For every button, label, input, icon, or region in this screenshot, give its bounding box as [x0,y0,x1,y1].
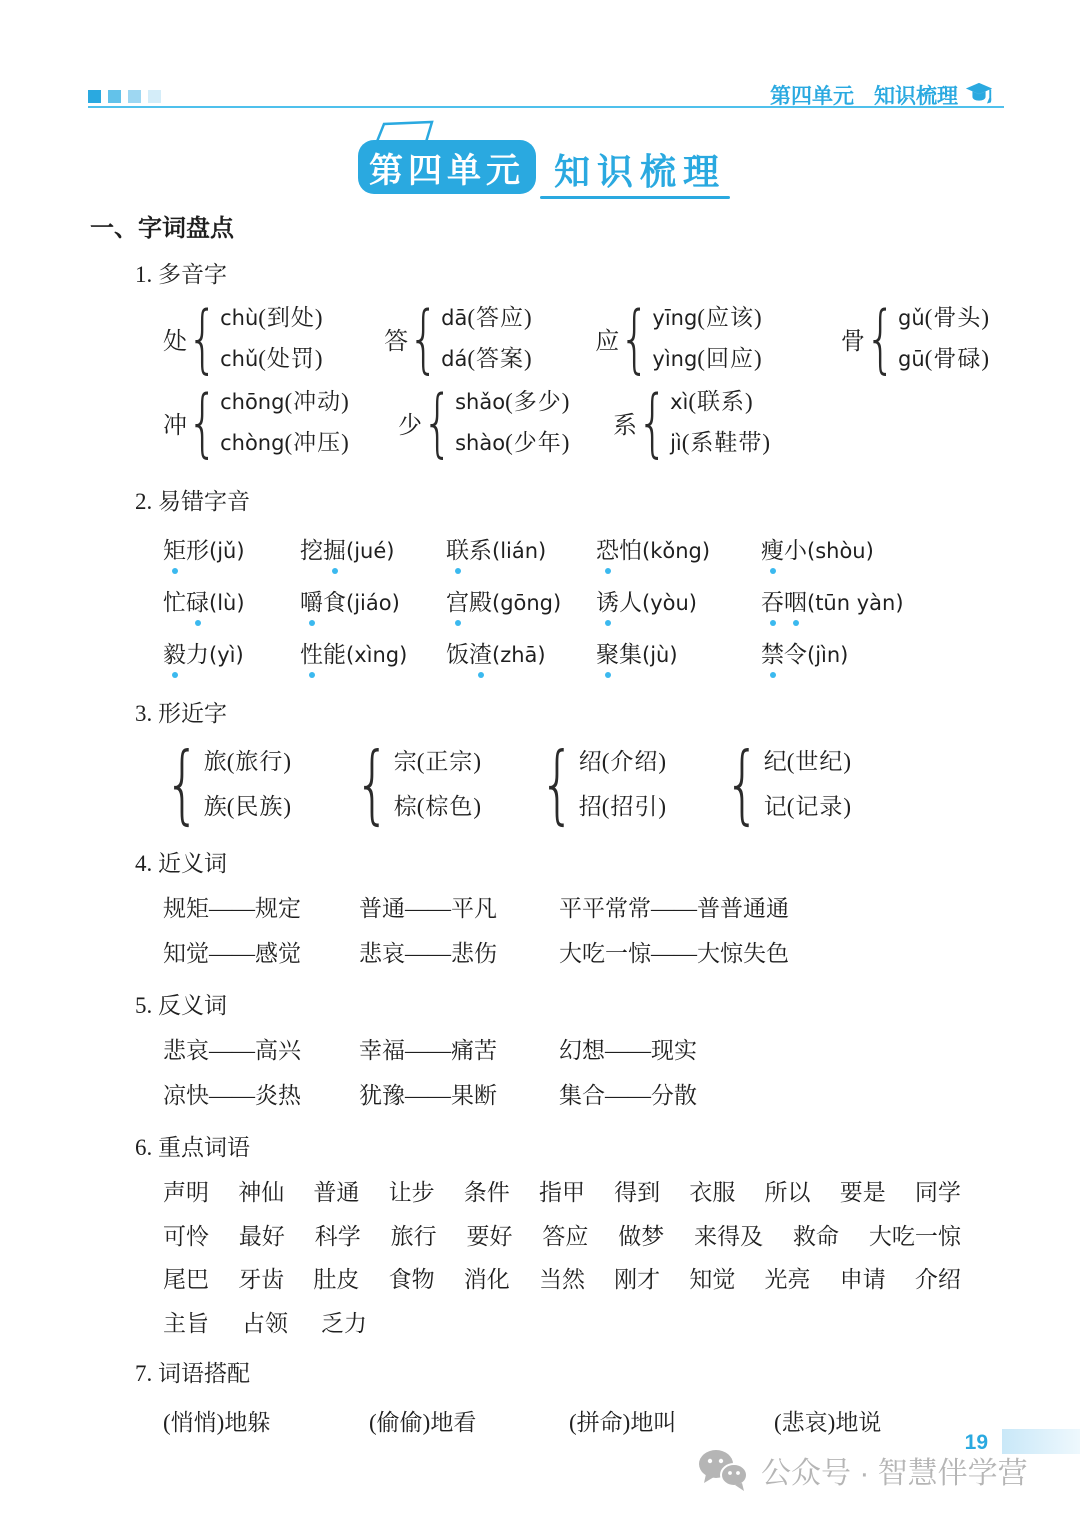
error-prone-block: 矩形(jǔ)挖掘(jué)联系(lián)恐怕(kǒng)瘦小(shòu)忙碌(… [90,532,990,669]
character: 恐 [596,532,619,565]
key-word: 旅行 [391,1222,437,1252]
character: 族 [204,794,227,819]
character: 小 [784,532,807,565]
key-word: 答应 [542,1222,588,1252]
head-character: 应 [595,321,619,356]
character: 招 [579,794,602,819]
similar-form-entry: 宗(正宗) [394,749,482,774]
error-prone-word: 性能(xìng) [300,636,446,669]
example-word: (系鞋带) [682,430,771,455]
example-word: (处罚) [258,346,323,371]
pinyin: chù [220,306,258,330]
error-prone-word: 忙碌(lù) [163,584,300,617]
subsection-title-key-words: 6. 重点词语 [135,1129,990,1162]
pronunciation-list: yīng(应该)yìng(回应) [652,305,762,373]
similar-form-list: 旅(旅行)族(民族) [204,749,292,820]
key-word: 牙齿 [238,1265,284,1295]
key-word: 做梦 [618,1222,664,1252]
pronunciation-list: shǎo(多少)shào(少年) [455,389,570,457]
synonym-pair: 悲哀——悲伤 [359,939,559,969]
error-prone-word: 诱人(yòu) [596,584,761,617]
example-word: (少年) [505,430,570,455]
error-prone-word: 吞咽(tūn yàn) [761,584,904,617]
pinyin: xì [670,390,688,414]
key-word: 来得及 [694,1222,763,1252]
pronunciation-entry: shào(少年) [455,430,570,456]
character: 毅 [163,636,186,669]
polyphonic-group: 应{yīng(应该)yìng(回应) [595,305,841,373]
pronunciation-entry: xì(联系) [670,389,771,415]
section-title-word-inventory: 一、字词盘点 [90,208,990,243]
running-head-topic: 知识梳理 [874,80,958,110]
key-word: 知觉 [689,1265,735,1295]
character: 聚 [596,636,619,669]
key-word: 让步 [389,1178,435,1208]
pinyin: (shòu) [807,539,874,563]
pronunciation-entry: chǔ(处罚) [220,346,324,372]
pronunciation-entry: gū(骨碌) [898,346,990,372]
watermark-text: 公众号 · 智慧伴学营 [761,1448,1028,1492]
error-prone-row: 矩形(jǔ)挖掘(jué)联系(lián)恐怕(kǒng)瘦小(shòu) [163,532,990,565]
brace-glyph: { [725,746,761,823]
error-prone-word: 恐怕(kǒng) [596,532,761,565]
pinyin: chǔ [220,347,258,371]
brace-glyph: { [620,306,651,373]
pronunciation-list: gǔ(骨头)gū(骨碌) [898,305,990,373]
header-squares-decoration [88,90,161,103]
example-word: (冲动) [284,389,349,414]
character: 碌 [186,584,209,617]
antonym-pair: 悲哀——高兴 [163,1036,359,1066]
error-prone-word: 毅力(yì) [163,636,300,669]
error-prone-word: 矩形(jǔ) [163,532,300,565]
key-words-row: 可怜最好科学旅行要好答应做梦来得及救命大吃一惊 [163,1222,961,1252]
subsection-title-polyphonic: 1. 多音字 [135,256,990,289]
similar-form-entry: 族(民族) [204,794,292,819]
error-prone-word: 瘦小(shòu) [761,532,874,565]
pinyin: (jìn) [807,643,848,667]
brace-glyph: { [865,306,896,373]
error-prone-row: 毅力(yì)性能(xìng)饭渣(zhā)聚集(jù)禁令(jìn) [163,636,990,669]
banner-unit-box: 第四单元 [358,140,536,194]
head-character: 冲 [163,405,187,440]
pinyin: dá [441,347,467,371]
synonyms-block: 规矩——规定普通——平凡平平常常——普普通通知觉——感觉悲哀——悲伤大吃一惊——… [90,894,990,969]
character: 渣 [469,636,492,669]
similar-form-entry: 记(记录) [764,794,852,819]
key-word: 救命 [793,1222,839,1252]
key-word: 声明 [163,1178,209,1208]
key-word: 申请 [840,1265,886,1295]
pinyin: shào [455,431,505,455]
subsection-title-collocations: 7. 词语搭配 [135,1355,990,1388]
pronunciation-entry: dā(答应) [441,305,533,331]
pronunciation-entry: chōng(冲动) [220,389,350,415]
pronunciation-list: chù(到处)chǔ(处罚) [220,305,324,373]
error-prone-word: 联系(lián) [446,532,596,565]
synonym-pair: 普通——平凡 [359,894,559,924]
similar-form-list: 绍(介绍)招(招引) [579,749,667,820]
similar-form-group: {绍(介绍)招(招引) [538,746,723,823]
character: 绍 [579,749,602,774]
example-word: (世纪) [787,749,852,774]
character: 宗 [394,749,417,774]
key-word: 衣服 [689,1178,735,1208]
similar-form-list: 纪(世纪)记(记录) [764,749,852,820]
polyphonic-row: 冲{chōng(冲动)chòng(冲压)少{shǎo(多少)shào(少年)系{… [163,389,990,457]
watermark: 公众号 · 智慧伴学营 [697,1448,1028,1492]
pronunciation-entry: chù(到处) [220,305,324,331]
key-words-row: 主旨占领乏力 [163,1309,990,1339]
pinyin: chōng [220,390,284,414]
character: 忙 [163,584,186,617]
example-word: (骨碌) [925,346,990,371]
head-character: 少 [398,405,422,440]
synonym-row: 规矩——规定普通——平凡平平常常——普普通通 [163,894,990,924]
key-word: 肚皮 [313,1265,359,1295]
brace-glyph: { [187,306,218,373]
pinyin: yīng [652,306,697,330]
pinyin: (lián) [492,539,546,563]
similar-form-group: {宗(正宗)棕(棕色) [353,746,538,823]
character: 嚼 [300,584,323,617]
banner-underline [540,196,730,199]
character: 禁 [761,636,784,669]
character: 系 [469,532,492,565]
synonym-pair: 平平常常——普普通通 [559,894,789,924]
key-word: 食物 [389,1265,435,1295]
collocation: (悲哀)地说 [774,1404,881,1437]
example-word: (记录) [787,794,852,819]
pinyin: gǔ [898,306,925,330]
key-word: 最好 [239,1222,285,1252]
key-word: 大吃一惊 [869,1222,961,1252]
key-word: 条件 [464,1178,510,1208]
example-word: (骨头) [925,305,990,330]
collocation: (拼命)地叫 [569,1404,774,1437]
key-word: 占领 [242,1309,288,1339]
head-character: 答 [384,321,408,356]
key-word: 消化 [464,1265,510,1295]
example-word: (答应) [467,305,532,330]
character: 掘 [323,532,346,565]
pronunciation-entry: yìng(回应) [652,346,762,372]
collocations-block: (悄悄)地躲(偷偷)地看(拼命)地叫(悲哀)地说 [163,1404,990,1437]
banner-topic-label: 知识梳理 [554,144,726,195]
antonym-row: 悲哀——高兴幸福——痛苦幻想——现实 [163,1036,990,1066]
running-head: 第四单元 知识梳理 [770,80,994,110]
key-word: 乏力 [321,1309,367,1339]
brace-glyph: { [637,390,668,457]
character: 宫 [446,584,469,617]
page-header: 第四单元 知识梳理 [0,0,1080,120]
character: 咽 [784,584,807,617]
key-word: 同学 [915,1178,961,1208]
pronunciation-list: chōng(冲动)chòng(冲压) [220,389,350,457]
character: 力 [186,636,209,669]
character: 形 [186,532,209,565]
wechat-icon [697,1448,749,1492]
character: 能 [323,636,346,669]
example-word: (应该) [697,305,762,330]
synonym-pair: 规矩——规定 [163,894,359,924]
key-word: 主旨 [163,1309,209,1339]
character: 旅 [204,749,227,774]
example-word: (多少) [505,389,570,414]
key-word: 要好 [467,1222,513,1252]
pinyin: (gōng) [492,591,561,615]
pinyin: dā [441,306,467,330]
polyphonic-block: 处{chù(到处)chǔ(处罚)答{dā(答应)dá(答案)应{yīng(应该)… [90,305,990,457]
pinyin: jì [670,431,682,455]
polyphonic-group: 系{xì(联系)jì(系鞋带) [613,389,771,457]
pinyin: gū [898,347,925,371]
pronunciation-entry: gǔ(骨头) [898,305,990,331]
similar-form-list: 宗(正宗)棕(棕色) [394,749,482,820]
pinyin: (yòu) [642,591,697,615]
brace-glyph: { [408,306,439,373]
key-word: 所以 [765,1178,811,1208]
polyphonic-group: 冲{chōng(冲动)chòng(冲压) [163,389,398,457]
banner-unit-label: 第四单元 [369,143,525,192]
synonym-pair: 大吃一惊——大惊失色 [559,939,789,969]
character: 挖 [300,532,323,565]
head-character: 骨 [841,321,865,356]
subsection-title-antonyms: 5. 反义词 [135,987,990,1020]
key-word: 可怜 [163,1222,209,1252]
example-word: (棕色) [417,794,482,819]
similar-form-entry: 绍(介绍) [579,749,667,774]
error-prone-word: 宫殿(gōng) [446,584,596,617]
pinyin: (xìng) [346,643,407,667]
pinyin: (yì) [209,643,244,667]
similar-form-entry: 招(招引) [579,794,667,819]
antonym-pair: 集合——分散 [559,1081,697,1111]
key-word: 普通 [313,1178,359,1208]
key-word: 尾巴 [163,1265,209,1295]
pinyin: (zhā) [492,643,546,667]
page-content: 一、字词盘点 1. 多音字 处{chù(到处)chǔ(处罚)答{dā(答应)dá… [90,208,990,1437]
brace-glyph: { [187,390,218,457]
character: 令 [784,636,807,669]
character: 食 [323,584,346,617]
synonym-pair: 知觉——感觉 [163,939,359,969]
collocation: (悄悄)地躲 [163,1404,369,1437]
error-prone-row: 忙碌(lù)嚼食(jiáo)宫殿(gōng)诱人(yòu)吞咽(tūn yàn) [163,584,990,617]
pinyin: chòng [220,431,284,455]
example-word: (正宗) [417,749,482,774]
character: 吞 [761,584,784,617]
pronunciation-list: xì(联系)jì(系鞋带) [670,389,771,457]
example-word: (民族) [227,794,292,819]
polyphonic-group: 处{chù(到处)chǔ(处罚) [163,305,384,373]
similar-form-entry: 旅(旅行) [204,749,292,774]
antonym-pair: 幸福——痛苦 [359,1036,559,1066]
graduation-cap-icon [964,80,994,110]
similar-form-block: {旅(旅行)族(民族){宗(正宗)棕(棕色){绍(介绍)招(招引){纪(世纪)记… [163,746,990,823]
error-prone-word: 禁令(jìn) [761,636,848,669]
pronunciation-entry: yīng(应该) [652,305,762,331]
similar-form-group: {纪(世纪)记(记录) [723,746,852,823]
brace-glyph: { [540,746,576,823]
synonym-row: 知觉——感觉悲哀——悲伤大吃一惊——大惊失色 [163,939,990,969]
character: 棕 [394,794,417,819]
pronunciation-list: dā(答应)dá(答案) [441,305,533,373]
pinyin: shǎo [455,390,505,414]
pinyin: (kǒng) [642,539,710,563]
pinyin: yìng [652,347,697,371]
example-word: (回应) [697,346,762,371]
error-prone-word: 聚集(jù) [596,636,761,669]
key-word: 介绍 [915,1265,961,1295]
key-word: 神仙 [238,1178,284,1208]
subsection-title-similar-form: 3. 形近字 [135,695,990,728]
character: 集 [619,636,642,669]
key-word: 科学 [315,1222,361,1252]
pinyin: (lù) [209,591,245,615]
example-word: (招引) [602,794,667,819]
running-head-unit: 第四单元 [770,80,854,110]
brace-glyph: { [355,746,391,823]
head-character: 处 [163,321,187,356]
example-word: (冲压) [284,430,349,455]
example-word: (联系) [688,389,753,414]
example-word: (到处) [258,305,323,330]
error-prone-word: 饭渣(zhā) [446,636,596,669]
pinyin: (jué) [346,539,394,563]
pinyin: (tūn yàn) [807,591,904,615]
workbook-page: 第四单元 知识梳理 第四单元 知识梳理 一、字词盘点 1. 多音字 处{chù(… [0,0,1080,1515]
pronunciation-entry: chòng(冲压) [220,430,350,456]
example-word: (介绍) [602,749,667,774]
similar-form-group: {旅(旅行)族(民族) [163,746,353,823]
character: 诱 [596,584,619,617]
example-word: (答案) [467,346,532,371]
antonym-pair: 凉快——炎热 [163,1081,359,1111]
error-prone-word: 嚼食(jiáo) [300,584,446,617]
brace-glyph: { [165,746,201,823]
key-words-row: 声明神仙普通让步条件指甲得到衣服所以要是同学 [163,1178,961,1208]
pronunciation-entry: dá(答案) [441,346,533,372]
example-word: (旅行) [227,749,292,774]
pinyin: (jǔ) [209,539,245,563]
polyphonic-group: 少{shǎo(多少)shào(少年) [398,389,613,457]
key-word: 要是 [840,1178,886,1208]
polyphonic-group: 答{dā(答应)dá(答案) [384,305,595,373]
polyphonic-row: 处{chù(到处)chǔ(处罚)答{dā(答应)dá(答案)应{yīng(应该)… [163,305,990,373]
character: 瘦 [761,532,784,565]
brace-glyph: { [422,390,453,457]
key-word: 指甲 [539,1178,585,1208]
key-word: 当然 [539,1265,585,1295]
head-character: 系 [613,405,637,440]
key-word: 得到 [614,1178,660,1208]
character: 矩 [163,532,186,565]
similar-form-entry: 纪(世纪) [764,749,852,774]
similar-form-entry: 棕(棕色) [394,794,482,819]
pinyin: (jù) [642,643,678,667]
character: 怕 [619,532,642,565]
key-word: 光亮 [765,1265,811,1295]
character: 性 [300,636,323,669]
pronunciation-entry: jì(系鞋带) [670,430,771,456]
antonym-pair: 犹豫——果断 [359,1081,559,1111]
key-words-block: 声明神仙普通让步条件指甲得到衣服所以要是同学可怜最好科学旅行要好答应做梦来得及救… [90,1178,990,1340]
character: 人 [619,584,642,617]
error-prone-word: 挖掘(jué) [300,532,446,565]
subsection-title-synonyms: 4. 近义词 [135,845,990,878]
antonym-pair: 幻想——现实 [559,1036,697,1066]
collocation: (偷偷)地看 [369,1404,569,1437]
character: 纪 [764,749,787,774]
pronunciation-entry: shǎo(多少) [455,389,570,415]
character: 殿 [469,584,492,617]
polyphonic-group: 骨{gǔ(骨头)gū(骨碌) [841,305,990,373]
character: 联 [446,532,469,565]
character: 饭 [446,636,469,669]
key-word: 刚才 [614,1265,660,1295]
subsection-title-error-prone: 2. 易错字音 [135,483,990,516]
character: 记 [764,794,787,819]
antonyms-block: 悲哀——高兴幸福——痛苦幻想——现实凉快——炎热犹豫——果断集合——分散 [90,1036,990,1111]
key-words-row: 尾巴牙齿肚皮食物消化当然刚才知觉光亮申请介绍 [163,1265,961,1295]
antonym-row: 凉快——炎热犹豫——果断集合——分散 [163,1081,990,1111]
pinyin: (jiáo) [346,591,400,615]
